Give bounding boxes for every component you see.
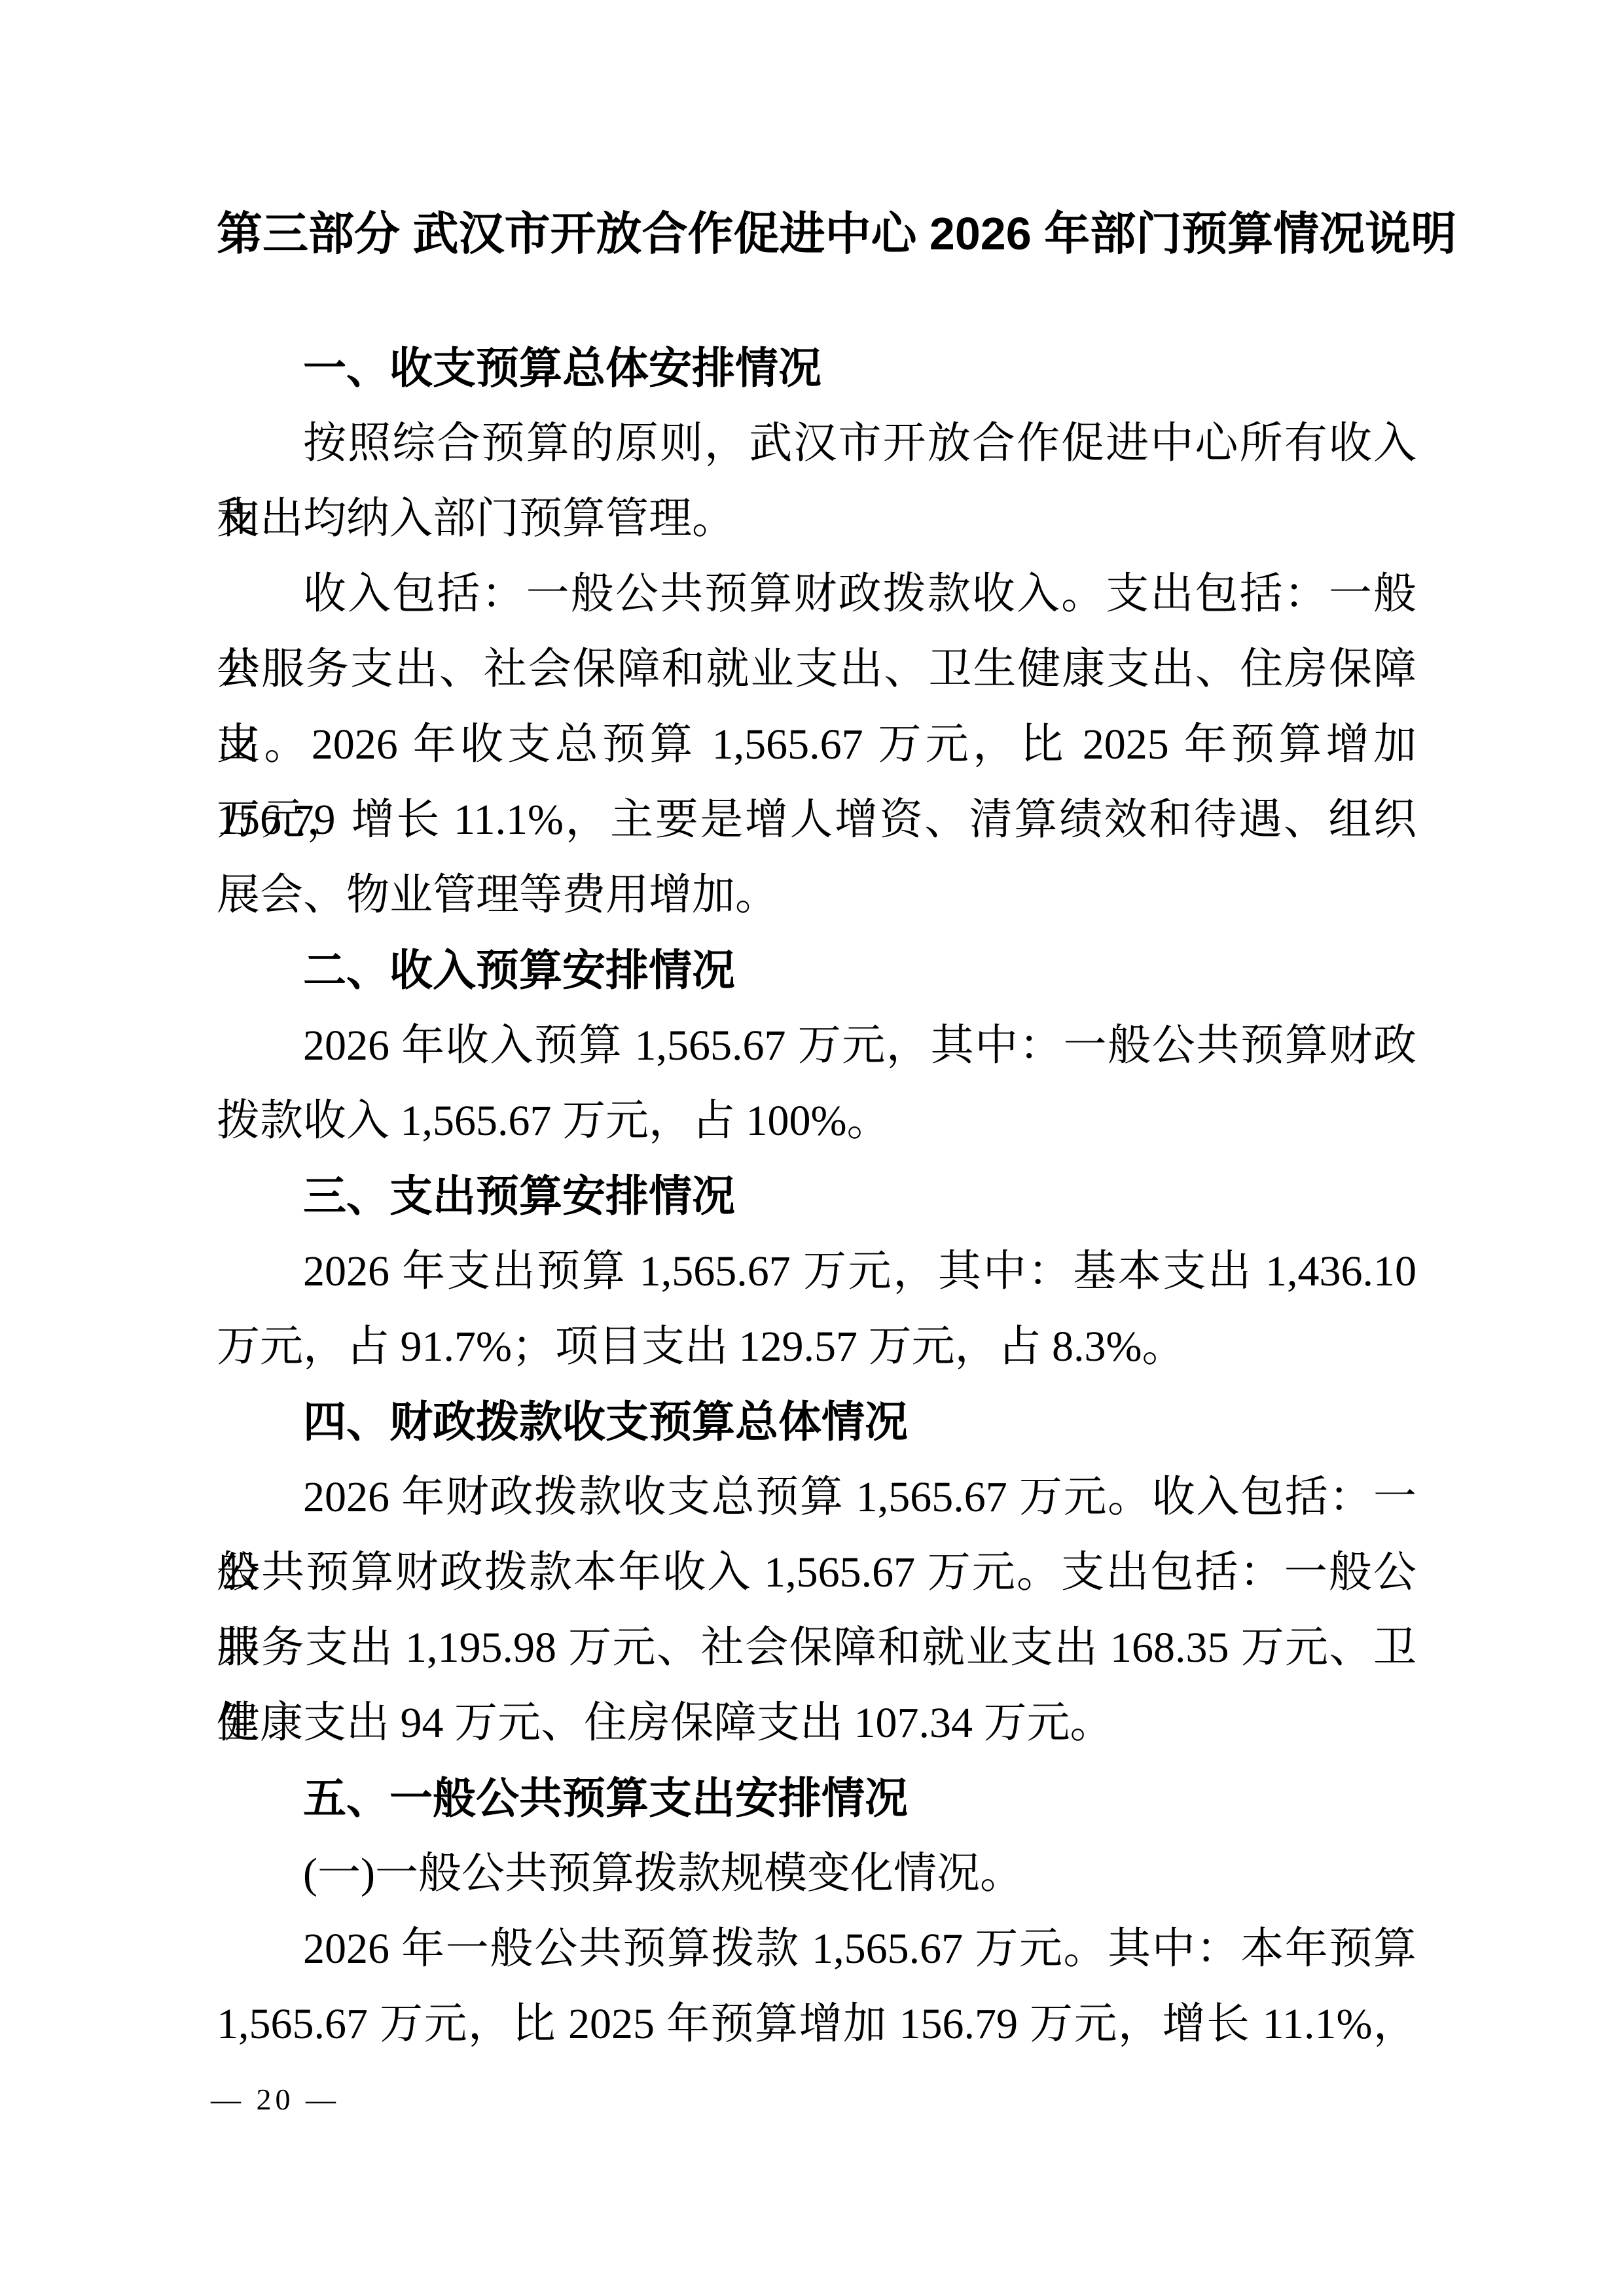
document-page: 第三部分 武汉市开放合作促进中心 2026 年部门预算情况说明 一、收支预算总体… [0, 0, 1624, 2296]
body-line: 万元，占 91.7%；项目支出 129.57 万元，占 8.3%。 [217, 1309, 1416, 1384]
body-line: 2026 年一般公共预算拨款 1,565.67 万元。其中：本年预算 [217, 1911, 1416, 1986]
body-line: (一)一般公共预算拨款规模变化情况。 [217, 1836, 1416, 1911]
body-line: 共服务支出、社会保障和就业支出、卫生健康支出、住房保障支 [217, 632, 1416, 707]
body-line: 公共预算财政拨款本年收入 1,565.67 万元。支出包括：一般公共 [217, 1535, 1416, 1610]
page-number: — 20 — [211, 2062, 340, 2137]
body-line: 服务支出 1,195.98 万元、社会保障和就业支出 168.35 万元、卫生 [217, 1610, 1416, 1685]
text-block: 第三部分 武汉市开放合作促进中心 2026 年部门预算情况说明 一、收支预算总体… [217, 0, 1416, 2062]
body-line: 支出均纳入部门预算管理。 [217, 481, 1416, 556]
body-line: 2026 年财政拨款收支总预算 1,565.67 万元。收入包括：一般 [217, 1460, 1416, 1535]
body-line: 2026 年收入预算 1,565.67 万元，其中：一般公共预算财政 [217, 1008, 1416, 1083]
body-line: 2026 年支出预算 1,565.67 万元，其中：基本支出 1,436.10 [217, 1234, 1416, 1309]
body-line: 拨款收入 1,565.67 万元，占 100%。 [217, 1083, 1416, 1158]
body-line: 收入包括：一般公共预算财政拨款收入。支出包括：一般公 [217, 556, 1416, 632]
body-line: 展会、物业管理等费用增加。 [217, 857, 1416, 933]
body-line: 出。2026 年收支总预算 1,565.67 万元，比 2025 年预算增加 1… [217, 707, 1416, 782]
heading-section-3: 三、支出预算安排情况 [217, 1158, 1416, 1234]
heading-section-4: 四、财政拨款收支预算总体情况 [217, 1384, 1416, 1460]
body-line: 健康支出 94 万元、住房保障支出 107.34 万元。 [217, 1685, 1416, 1761]
body-line: 按照综合预算的原则，武汉市开放合作促进中心所有收入和 [217, 406, 1416, 481]
document-title: 第三部分 武汉市开放合作促进中心 2026 年部门预算情况说明 [217, 204, 1416, 263]
body-line: 1,565.67 万元，比 2025 年预算增加 156.79 万元，增长 11… [217, 1986, 1416, 2062]
heading-section-2: 二、收入预算安排情况 [217, 933, 1416, 1008]
body-line: 万元，增长 11.1%，主要是增人增资、清算绩效和待遇、组织 [217, 782, 1416, 857]
heading-section-1: 一、收支预算总体安排情况 [217, 331, 1416, 406]
heading-section-5: 五、一般公共预算支出安排情况 [217, 1761, 1416, 1836]
